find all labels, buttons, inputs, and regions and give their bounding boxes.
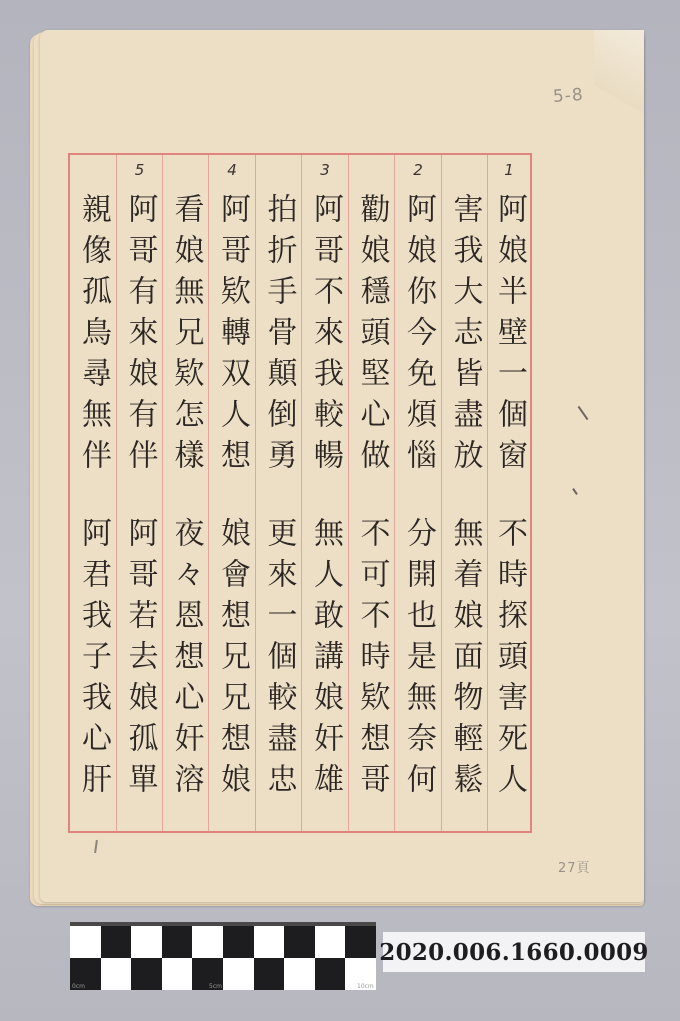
column-10: 親像孤鳥尋無伴 阿君我子我心肝	[70, 155, 116, 831]
catalog-number-label: 2020.006.1660.0009	[383, 932, 645, 972]
column-1: 1 阿娘半壁一個窗 不時探頭害死人	[487, 155, 530, 831]
page-corner-fold	[594, 30, 644, 140]
column-4: 勸娘穩頭堅心做 不可不時欵想哥	[348, 155, 394, 831]
line-top: 阿哥有來娘有伴	[117, 193, 162, 480]
column-7: 4 阿哥欵轉双人想 娘會想兄兄想娘	[208, 155, 255, 831]
line-top: 害我大志皆盡放	[442, 193, 487, 480]
manuscript-grid: 親像孤鳥尋無伴 阿君我子我心肝 5 阿哥有來娘有伴 阿哥若去娘孤單 看娘無兄欵怎…	[68, 153, 532, 833]
verse-number: 1	[488, 161, 530, 179]
scale-label-5: 5cm	[209, 983, 222, 990]
line-top: 看娘無兄欵怎樣	[163, 193, 208, 480]
verse-number: 3	[302, 161, 348, 179]
column-8: 看娘無兄欵怎樣 夜々恩想心奸溶	[162, 155, 208, 831]
line-bottom: 更來一個較盡忠	[256, 517, 301, 804]
line-top: 拍折手骨顛倒勇	[256, 193, 301, 480]
column-6: 拍折手骨顛倒勇 更來一個較盡忠	[255, 155, 301, 831]
page-count-note: 27頁	[558, 857, 591, 876]
line-top: 阿哥欵轉双人想	[209, 193, 255, 480]
line-top: 親像孤鳥尋無伴	[70, 193, 116, 480]
line-bottom: 夜々恩想心奸溶	[163, 517, 208, 804]
line-top: 勸娘穩頭堅心做	[349, 193, 394, 480]
column-5: 3 阿哥不來我較暢 無人敢講娘奸雄	[301, 155, 348, 831]
line-bottom: 無人敢講娘奸雄	[302, 517, 348, 804]
line-bottom: 分開也是無奈何	[395, 517, 441, 804]
line-top: 阿娘你今免煩惱	[395, 193, 441, 480]
line-top: 阿哥不來我較暢	[302, 193, 348, 480]
line-bottom: 不時探頭害死人	[488, 517, 530, 804]
scale-label-10: 10cm	[357, 983, 374, 990]
line-bottom: 無着娘面物輕鬆	[442, 517, 487, 804]
line-bottom: 阿君我子我心肝	[70, 517, 116, 804]
verse-number: 2	[395, 161, 441, 179]
verse-number: 5	[117, 161, 162, 179]
verse-number: 4	[209, 161, 255, 179]
line-bottom: 不可不時欵想哥	[349, 517, 394, 804]
color-scale-bar	[70, 926, 376, 990]
page-ref-note: 5-8	[552, 85, 584, 107]
column-9: 5 阿哥有來娘有伴 阿哥若去娘孤單	[116, 155, 162, 831]
column-2: 害我大志皆盡放 無着娘面物輕鬆	[441, 155, 487, 831]
line-bottom: 娘會想兄兄想娘	[209, 517, 255, 804]
line-top: 阿娘半壁一個窗	[488, 193, 530, 480]
line-bottom: 阿哥若去娘孤單	[117, 517, 162, 804]
column-3: 2 阿娘你今免煩惱 分開也是無奈何	[394, 155, 441, 831]
scale-label-0: 0cm	[72, 983, 85, 990]
